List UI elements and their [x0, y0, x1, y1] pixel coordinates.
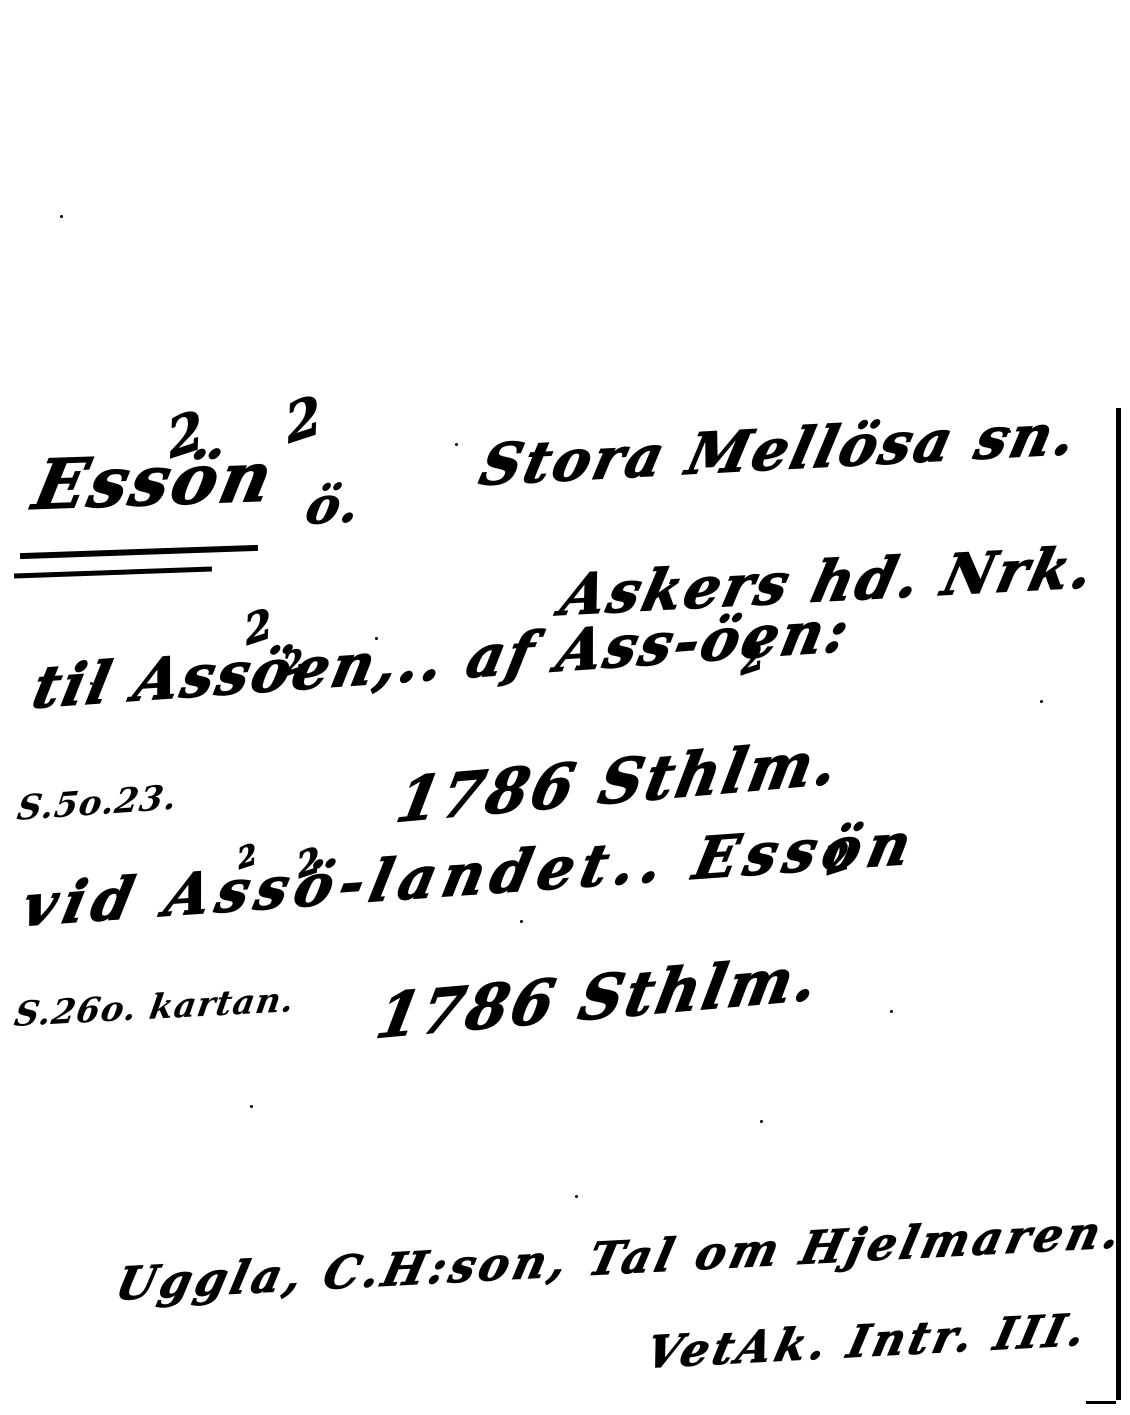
page-edge-line-foot: [1086, 1401, 1116, 1404]
source-citation: Uggla, C.H:son, Tal om Hjelmaren.: [112, 1209, 1129, 1307]
margin-note: S.26o. kartan.: [12, 983, 297, 1032]
scan-speck: [575, 1195, 578, 1198]
umlaut-flourish-mark: 2: [283, 389, 325, 452]
scan-speck: [890, 1010, 893, 1013]
headword-variant: ö.: [302, 479, 366, 532]
archive-card: Essön ö. 2 2 2 2 2 2 2 2 Stora Mellösa s…: [0, 0, 1130, 1415]
scan-speck: [1008, 430, 1011, 433]
headword-underline: [14, 567, 212, 579]
parish-line: Stora Mellösa sn.: [475, 406, 1084, 494]
scan-speck: [90, 682, 93, 685]
margin-note: S.5o.23.: [15, 780, 179, 826]
scan-speck: [250, 1105, 253, 1108]
entry-line: til Assöen,.. af Ass-öen:: [28, 602, 856, 717]
entry-line: vid Assö-landet.. Essön: [18, 815, 923, 935]
scan-speck: [760, 1120, 763, 1123]
scan-speck: [1040, 700, 1043, 703]
scan-speck: [455, 443, 458, 446]
headword-text: Essön: [28, 443, 281, 520]
umlaut-flourish-mark: 2: [165, 404, 207, 467]
scan-speck: [375, 637, 378, 640]
scan-speck: [520, 920, 523, 923]
entry-line: 1786 Sthlm.: [392, 732, 845, 832]
scan-speck: [60, 215, 63, 218]
headword-underline: [20, 545, 258, 559]
source-reference: VetAk. Intr. III.: [642, 1308, 1093, 1376]
entry-line: 1786 Sthlm.: [372, 948, 825, 1048]
